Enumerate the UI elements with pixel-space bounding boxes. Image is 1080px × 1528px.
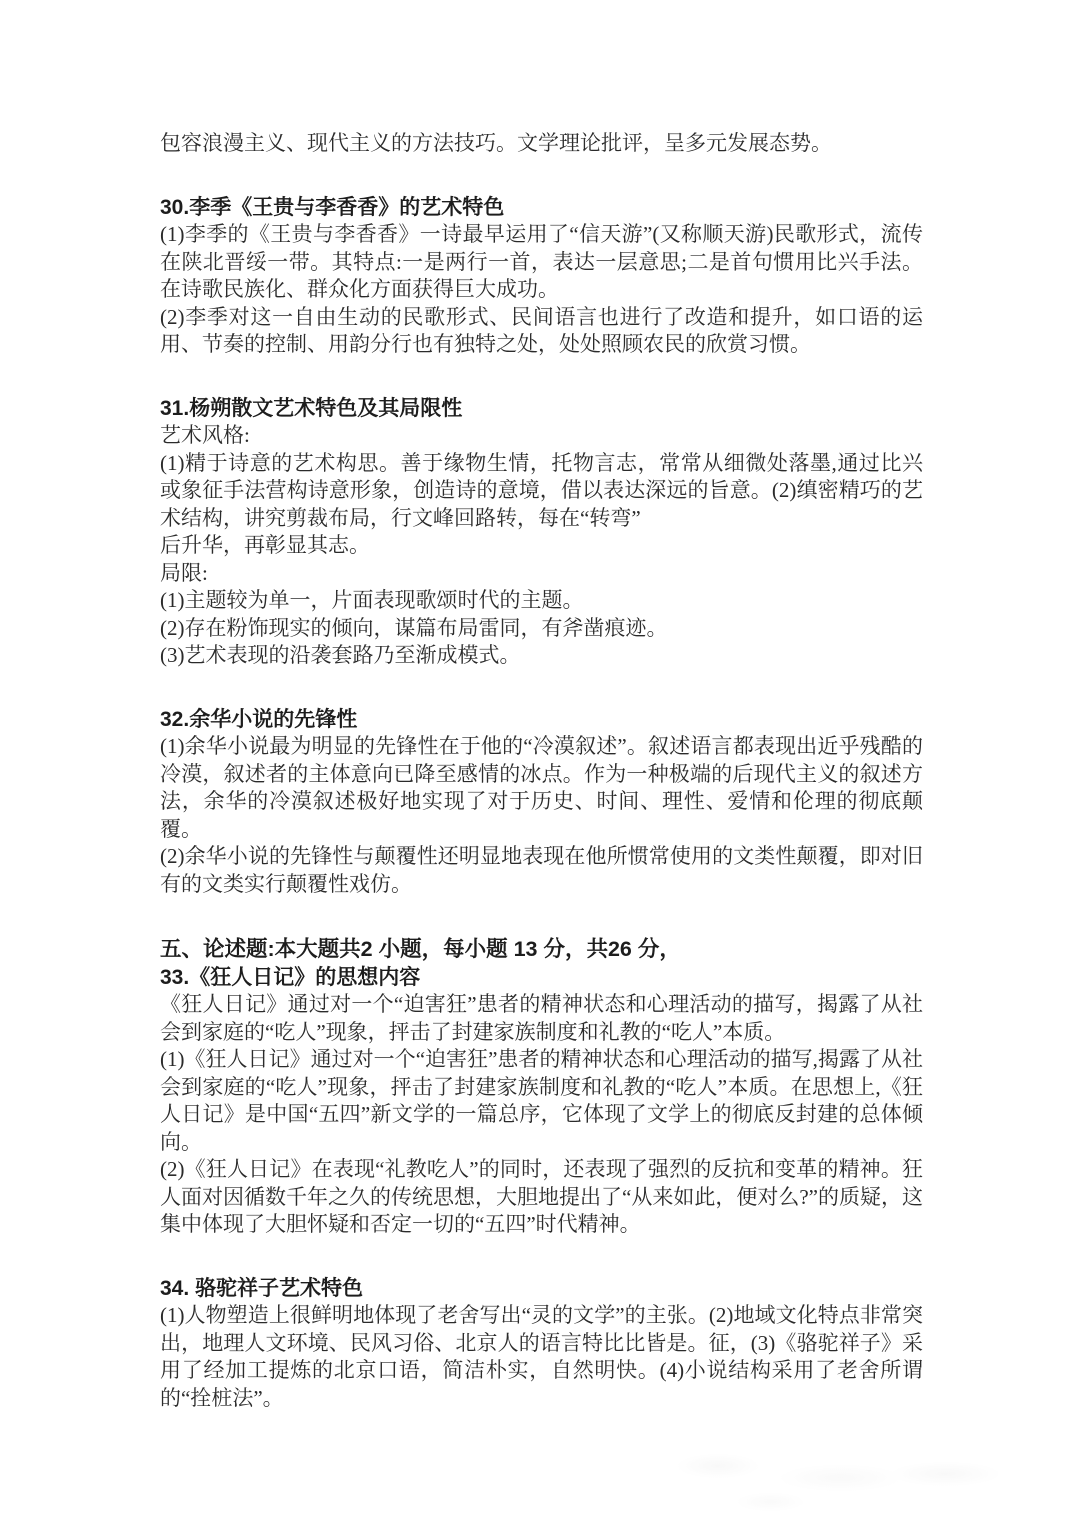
document-content: 包容浪漫主义、现代主义的方法技巧。文学理论批评，呈多元发展态势。 30.李季《王… (160, 130, 923, 1412)
question-33-paragraph-1: 《狂人日记》通过对一个“迫害狂”患者的精神状态和心理活动的描写，揭露了从社会到家… (160, 991, 923, 1046)
question-34-paragraph-1: (1)人物塑造上很鲜明地体现了老舍写出“灵的文学”的主张。(2)地域文化特点非常… (160, 1302, 923, 1412)
question-32: 32.余华小说的先锋性 (1)余华小说最为明显的先锋性在于他的“冷漠叙述”。叙述… (160, 706, 923, 899)
question-31-paragraph-1: (1)精于诗意的艺术构思。善于缘物生情，托物言志，常常从细微处落墨,通过比兴或象… (160, 450, 923, 533)
question-30-paragraph-2: (2)李季对这一自由生动的民歌形式、民间语言也进行了改造和提升，如口语的运用、节… (160, 304, 923, 359)
question-33-paragraph-2: (1)《狂人日记》通过对一个“迫害狂”患者的精神状态和心理活动的描写,揭露了从社… (160, 1046, 923, 1156)
section-5-heading: 五、论述题:本大题共2 小题，每小题 13 分，共26 分， (160, 936, 923, 964)
question-33-heading: 33.《狂人日记》的思想内容 (160, 964, 923, 992)
question-32-heading: 32.余华小说的先锋性 (160, 706, 923, 734)
faint-watermark (648, 1442, 998, 1522)
question-31-limit-label: 局限: (160, 560, 923, 588)
question-30-paragraph-1: (1)李季的《王贵与李香香》一诗最早运用了“信天游”(又称顺天游)民歌形式，流传… (160, 221, 923, 304)
question-32-paragraph-2: (2)余华小说的先锋性与颠覆性还明显地表现在他所惯常使用的文类性颠覆，即对旧有的… (160, 843, 923, 898)
intro-paragraph: 包容浪漫主义、现代主义的方法技巧。文学理论批评，呈多元发展态势。 (160, 130, 923, 158)
question-31-style-label: 艺术风格: (160, 422, 923, 450)
question-31: 31.杨朔散文艺术特色及其局限性 艺术风格: (1)精于诗意的艺术构思。善于缘物… (160, 395, 923, 670)
question-33: 33.《狂人日记》的思想内容 《狂人日记》通过对一个“迫害狂”患者的精神状态和心… (160, 964, 923, 1239)
question-30-heading: 30.李季《王贵与李香香》的艺术特色 (160, 194, 923, 222)
document-page: 包容浪漫主义、现代主义的方法技巧。文学理论批评，呈多元发展态势。 30.李季《王… (0, 0, 1080, 1528)
question-34-heading: 34. 骆驼祥子艺术特色 (160, 1275, 923, 1303)
question-34: 34. 骆驼祥子艺术特色 (1)人物塑造上很鲜明地体现了老舍写出“灵的文学”的主… (160, 1275, 923, 1413)
question-31-paragraph-2: 后升华，再彰显其志。 (160, 532, 923, 560)
question-30: 30.李季《王贵与李香香》的艺术特色 (1)李季的《王贵与李香香》一诗最早运用了… (160, 194, 923, 359)
question-32-paragraph-1: (1)余华小说最为明显的先锋性在于他的“冷漠叙述”。叙述语言都表现出近乎残酷的冷… (160, 733, 923, 843)
question-31-heading: 31.杨朔散文艺术特色及其局限性 (160, 395, 923, 423)
question-31-limit-3: (3)艺术表现的沿袭套路乃至渐成模式。 (160, 642, 923, 670)
question-31-limit-2: (2)存在粉饰现实的倾向，谋篇布局雷同，有斧凿痕迹。 (160, 615, 923, 643)
question-33-paragraph-3: (2)《狂人日记》在表现“礼教吃人”的同时，还表现了强烈的反抗和变革的精神。狂人… (160, 1156, 923, 1239)
question-31-limit-1: (1)主题较为单一，片面表现歌颂时代的主题。 (160, 587, 923, 615)
